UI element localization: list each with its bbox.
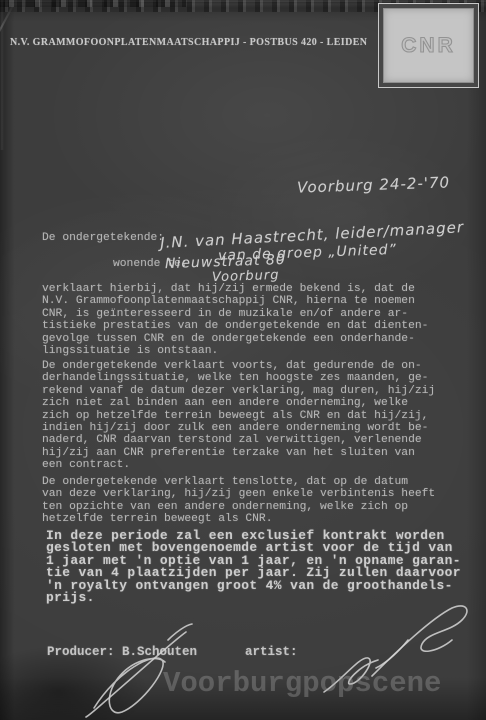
cnr-logo-text: CNR [401, 34, 456, 58]
producer-signature [68, 608, 203, 720]
artist-signature-label: artist: [245, 645, 298, 659]
paragraph-negotiation-terms: De ondergetekende verklaart voorts, dat … [42, 360, 435, 472]
handwritten-place-date: Voorburg 24-2-'70 [297, 173, 451, 196]
cnr-logo-panel: CNR [383, 8, 474, 83]
undersigned-label: De ondergetekende: [42, 232, 164, 244]
paragraph-declaration-intro: verklaart hierbij, dat hij/zij ermede be… [42, 283, 428, 357]
paragraph-no-other-obligations: De ondergetekende verklaart tenslotte, d… [42, 476, 435, 526]
scanned-contract-document: N.V. GRAMMOFOONPLATENMAATSCHAPPIJ - POST… [0, 0, 486, 720]
cnr-logo: CNR [378, 3, 479, 88]
watermark-text: Voorburgpopscene [163, 667, 441, 700]
letterhead-company-line: N.V. GRAMMOFOONPLATENMAATSCHAPPIJ - POST… [10, 37, 367, 48]
damaged-fold-crease-right [0, 0, 186, 7]
paragraph-contract-terms-bold: In deze periode zal een exclusief kontra… [46, 530, 461, 604]
